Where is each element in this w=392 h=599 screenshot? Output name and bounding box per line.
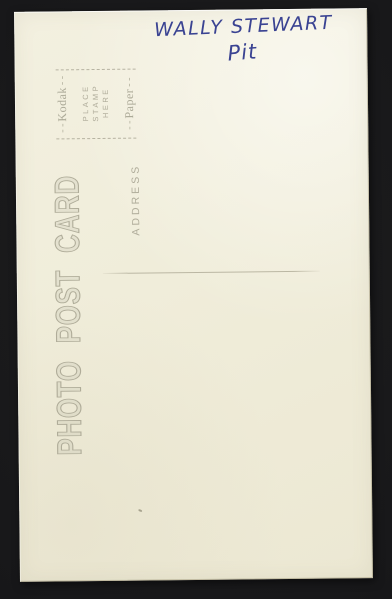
handwritten-team-abbrev: Pit: [227, 39, 259, 65]
photo-post-card-title: PHOTO POST CARD: [53, 257, 86, 500]
paper-label: Paper: [123, 89, 136, 119]
stamp-box-dash: - -: [56, 76, 69, 85]
paper-speck: [138, 509, 142, 512]
stamp-box-line-place: PLACE: [82, 84, 90, 124]
kodak-label: Kodak: [56, 87, 69, 122]
stamp-box-dash: - -: [56, 124, 69, 133]
stamp-box-dash: - -: [123, 121, 136, 130]
address-label: ADDRESS: [129, 172, 144, 236]
stamp-box-dash: - -: [123, 78, 136, 87]
postcard-back: WALLY STEWART Pit - - Kodak - - PLACE ST…: [14, 8, 373, 582]
stamp-box-line-stamp: STAMP: [92, 84, 100, 124]
stamp-box: - - Kodak - - PLACE STAMP HERE - - Paper…: [56, 69, 137, 140]
handwritten-name: WALLY STEWART: [154, 12, 333, 41]
address-line: [103, 271, 320, 274]
photo-background: WALLY STEWART Pit - - Kodak - - PLACE ST…: [0, 0, 392, 599]
stamp-box-top-edge: - - Kodak - -: [56, 71, 70, 137]
place-stamp-here-label: PLACE STAMP HERE: [82, 71, 111, 137]
stamp-box-line-here: HERE: [102, 87, 110, 120]
photo-post-card-text: PHOTO POST CARD: [52, 175, 85, 456]
stamp-box-bottom-edge: - - Paper - -: [123, 71, 137, 137]
